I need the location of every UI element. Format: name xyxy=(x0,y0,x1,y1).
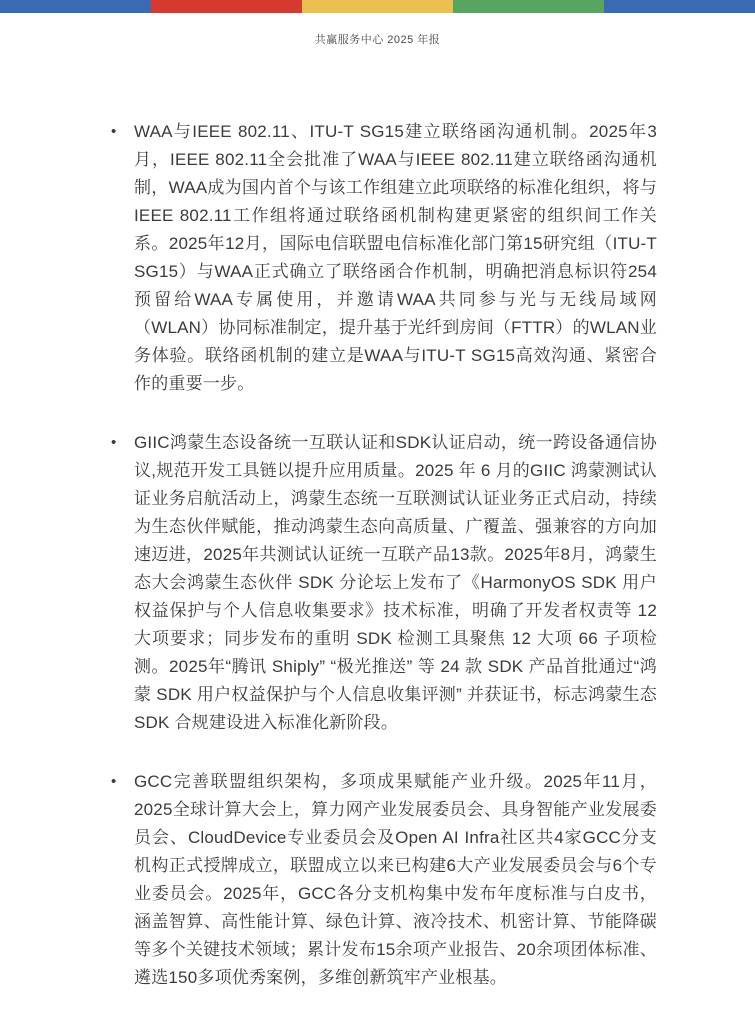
top-bar-segment-green xyxy=(453,0,604,13)
page-number: 47 xyxy=(0,966,755,980)
bullet-item-giic: • GIIC鸿蒙生态设备统一互联认证和SDK认证启动，统一跨设备通信协议,规范开… xyxy=(111,429,657,737)
bullet-list: • WAA与IEEE 802.11、ITU-T SG15建立联络函沟通机制。20… xyxy=(111,118,657,1023)
top-bar-segment-blue-right xyxy=(604,0,755,13)
bullet-text-gcc: GCC完善联盟组织架构，多项成果赋能产业升级。2025年11月，2025全球计算… xyxy=(134,768,657,992)
document-header-title: 共赢服务中心 2025 年报 xyxy=(0,31,755,47)
bullet-item-gcc: • GCC完善联盟组织架构，多项成果赋能产业升级。2025年11月，2025全球… xyxy=(111,768,657,992)
bullet-marker: • xyxy=(111,118,134,146)
bullet-text-waa: WAA与IEEE 802.11、ITU-T SG15建立联络函沟通机制。2025… xyxy=(134,118,657,398)
bullet-text-giic: GIIC鸿蒙生态设备统一互联认证和SDK认证启动，统一跨设备通信协议,规范开发工… xyxy=(134,429,657,737)
top-color-bar xyxy=(0,0,755,13)
top-bar-segment-red xyxy=(151,0,302,13)
bullet-marker: • xyxy=(111,429,134,457)
top-bar-segment-yellow xyxy=(302,0,453,13)
bullet-item-waa: • WAA与IEEE 802.11、ITU-T SG15建立联络函沟通机制。20… xyxy=(111,118,657,398)
bullet-marker: • xyxy=(111,768,134,796)
top-bar-segment-blue-left xyxy=(0,0,151,13)
